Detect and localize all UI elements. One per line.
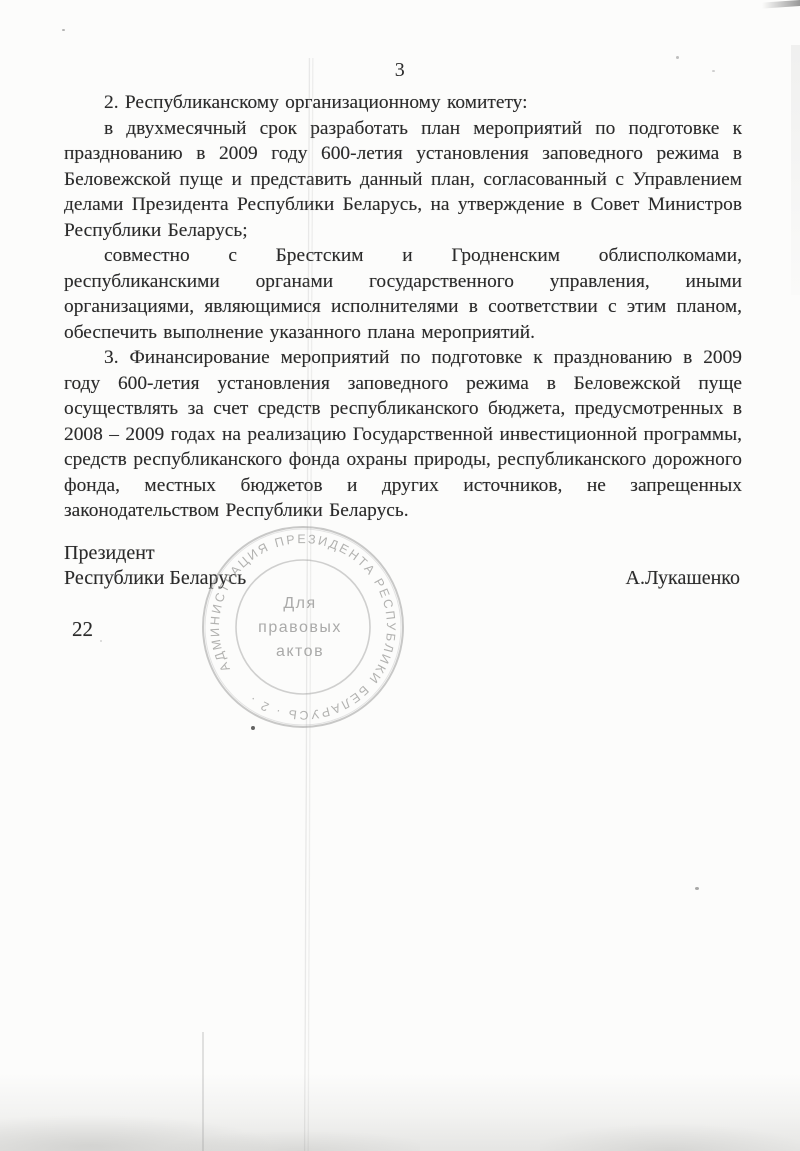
registry-number: 22 [72, 616, 93, 642]
decree-body: 2. Республиканскому организационному ком… [64, 90, 742, 524]
official-stamp: АДМИНИСТРАЦИЯ ПРЕЗИДЕНТА РЕСПУБЛИКИ БЕЛА… [198, 522, 408, 732]
scan-bottom-shadow [0, 1073, 800, 1151]
scan-smudge-bottom-right [540, 1081, 800, 1151]
stamp-center-line3: актов [276, 643, 324, 660]
paper-fold-crease-left [202, 1032, 204, 1151]
paragraph-subitem-joint: совместно с Брестским и Гродненским обли… [64, 243, 742, 345]
scan-streak-right-edge [791, 45, 800, 295]
stamp-center-line2: правовых [258, 619, 342, 636]
scan-speck [100, 640, 102, 642]
paragraph-subitem-plan: в двухмесячный срок разработать план мер… [64, 116, 742, 244]
document-page: 3 2. Республиканскому организационному к… [0, 0, 800, 1151]
scan-smudge-bottom-left [0, 1051, 420, 1151]
page-number: 3 [0, 58, 800, 82]
paragraph-item-3: 3. Финансирование мероприятий по подгото… [64, 345, 742, 524]
scan-speck [695, 887, 699, 890]
stamp-center-line1: Для [283, 595, 316, 612]
scan-edge-mark-top-right [762, 0, 800, 9]
stamp-seal-icon: АДМИНИСТРАЦИЯ ПРЕЗИДЕНТА РЕСПУБЛИКИ БЕЛА… [198, 522, 408, 732]
paragraph-item-2: 2. Республиканскому организационному ком… [64, 90, 742, 116]
scan-speck [62, 29, 65, 31]
signer-name: А.Лукашенко [626, 566, 742, 591]
